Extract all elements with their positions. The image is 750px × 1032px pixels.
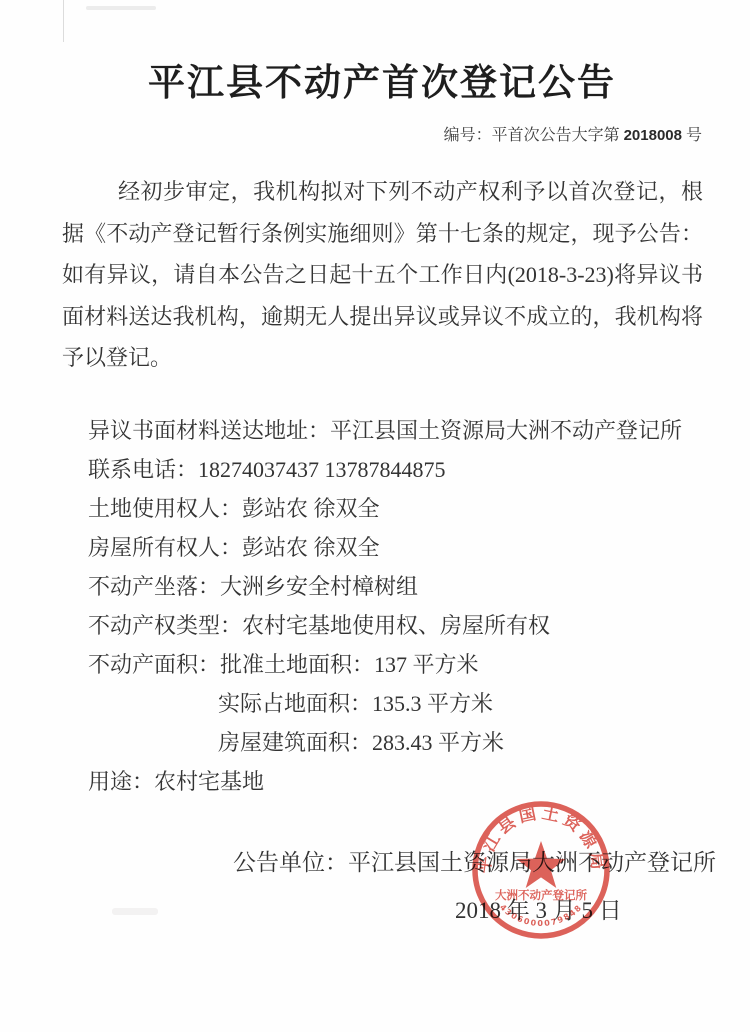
detail-row-property-right-type: 不动产权类型：农村宅基地使用权、房屋所有权 [88,606,720,645]
doc-number-prefix: 编号：平首次公告大字第 [444,127,624,144]
detail-row-usage: 用途：农村宅基地 [88,762,720,801]
scan-artifact-line [63,0,64,42]
announcement-date: 2018 年 3 月 5 日 [455,895,750,927]
detail-row-property-location: 不动产坐落：大洲乡安全村樟树组 [88,567,720,606]
doc-number-suffix: 号 [682,127,702,144]
announcing-unit-line: 公告单位：平江县国土资源局大洲不动产登记所 [233,847,750,879]
doc-number-line: 编号：平首次公告大字第 2018008 号 [0,122,702,145]
detail-row-contact-phone: 联系电话：18274037437 13787844875 [88,450,720,489]
detail-row-delivery-address: 异议书面材料送达地址：平江县国土资源局大洲不动产登记所 [88,411,720,450]
details-list: 异议书面材料送达地址：平江县国土资源局大洲不动产登记所 联系电话：1827403… [88,411,720,801]
doc-number-value: 2018008 [624,127,682,144]
detail-row-building-area: 房屋建筑面积：283.43 平方米 [88,723,720,762]
detail-row-house-owner: 房屋所有权人：彭站农 徐双全 [88,528,720,567]
detail-row-actual-land-area: 实际占地面积：135.3 平方米 [88,684,720,723]
scan-artifact-smudge [112,908,158,915]
detail-row-land-use-right-holder: 土地使用权人：彭站农 徐双全 [88,489,720,528]
announcement-paragraph: 经初步审定，我机构拟对下列不动产权利予以首次登记，根据《不动产登记暂行条例实施细… [62,171,703,379]
announcement-document: 平江县不动产首次登记公告 编号：平首次公告大字第 2018008 号 经初步审定… [0,0,750,1032]
page-title: 平江县不动产首次登记公告 [62,52,702,106]
scan-artifact-smudge [86,6,156,10]
detail-row-approved-land-area: 不动产面积：批准土地面积：137 平方米 [88,645,720,684]
